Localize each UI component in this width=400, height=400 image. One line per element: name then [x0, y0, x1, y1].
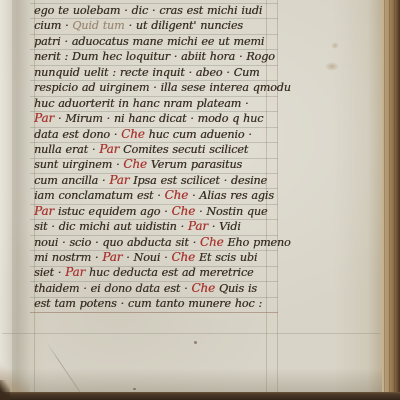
manuscript-line: est tam potens · cum tanto munere hoc :	[34, 296, 276, 311]
manuscript-line: thaidem · ei dono data est · Che Quis is	[34, 281, 276, 296]
manuscript-line: mi nostrm · Par · Noui · Che Et scis ubi	[34, 250, 276, 265]
guide-line	[30, 312, 278, 313]
text-segment: Quid tum	[72, 19, 124, 32]
speaker-rubric: Par	[99, 142, 119, 156]
speaker-rubric: Che	[171, 204, 195, 218]
text-segment: · Noui ·	[122, 251, 171, 264]
manuscript-line: huc aduorterit in hanc nram plateam ·	[34, 96, 276, 111]
manuscript-line: cium · Quid tum · ut diligent' nuncies	[34, 18, 276, 33]
text-segment: · Mirum · ni hanc dicat · modo q huc	[54, 112, 263, 125]
text-segment: Comites secuti scilicet	[119, 143, 248, 156]
manuscript-line: noui · scio · quo abducta sit · Che Eho …	[34, 235, 276, 250]
text-segment: respicio ad uirginem · illa sese interea…	[34, 81, 291, 94]
manuscript-line: Par istuc equidem ago · Che · Nostin que	[34, 204, 276, 219]
text-segment: huc cum aduenio ·	[145, 128, 252, 141]
text-block: ego te uolebam · dic · cras est michi iu…	[34, 3, 276, 312]
stain	[331, 42, 339, 49]
stain	[325, 62, 339, 71]
manuscript-line: respicio ad uirginem · illa sese interea…	[34, 80, 276, 95]
text-segment: Ipsa est scilicet · desine	[129, 174, 267, 187]
speaker-rubric: Che	[191, 281, 215, 295]
manuscript-line: iam conclamatum est · Che · Alias res ag…	[34, 188, 276, 203]
text-segment: · Alias res agis	[188, 189, 274, 202]
speaker-rubric: Che	[200, 235, 224, 249]
text-segment: noui · scio · quo abducta sit ·	[34, 236, 200, 249]
text-segment: · ut diligent' nuncies	[125, 19, 243, 32]
ink-speck	[133, 388, 136, 390]
text-segment: · Nostin que	[195, 205, 267, 218]
speaker-rubric: Par	[109, 173, 129, 187]
manuscript-line: cum ancilla · Par Ipsa est scilicet · de…	[34, 173, 276, 188]
text-segment: Et scis ubi	[195, 251, 257, 264]
text-segment: patri · aduocatus mane michi ee ut memi	[34, 35, 264, 48]
margin-rule	[277, 0, 278, 392]
text-segment: est tam potens · cum tanto munere hoc :	[34, 297, 262, 310]
manuscript-line: sit · dic michi aut uidistin · Par · Vid…	[34, 219, 276, 234]
guide-line	[2, 333, 380, 334]
ink-speck	[194, 341, 197, 344]
speaker-rubric: Che	[121, 127, 145, 141]
speaker-rubric: Che	[165, 188, 189, 202]
speaker-rubric: Par	[188, 219, 208, 233]
manuscript-photo: ego te uolebam · dic · cras est michi iu…	[0, 0, 400, 400]
manuscript-line: siet · Par huc deducta est ad meretrice	[34, 265, 276, 280]
speaker-rubric: Par	[34, 204, 54, 218]
text-segment: siet ·	[34, 266, 65, 279]
book-fore-edge	[382, 0, 400, 400]
manuscript-line: nerit : Dum hec loquitur · abiit hora · …	[34, 49, 276, 64]
text-segment: Eho pmeno	[223, 236, 290, 249]
speaker-rubric: Par	[102, 250, 122, 264]
text-segment: nulla erat ·	[34, 143, 99, 156]
binding-bottom-edge	[0, 392, 400, 400]
text-segment: · Vidi	[208, 220, 241, 233]
text-segment: sunt uirginem ·	[34, 158, 123, 171]
text-segment: nerit : Dum hec loquitur · abiit hora · …	[34, 50, 275, 63]
speaker-rubric: Par	[65, 265, 85, 279]
manuscript-line: ego te uolebam · dic · cras est michi iu…	[34, 3, 276, 18]
text-segment: iam conclamatum est ·	[34, 189, 165, 202]
manuscript-line: nunquid uelit : recte inquit · abeo · Cu…	[34, 65, 276, 80]
text-segment: cum ancilla ·	[34, 174, 109, 187]
text-segment: thaidem · ei dono data est ·	[34, 282, 191, 295]
manuscript-line: data est dono · Che huc cum aduenio ·	[34, 127, 276, 142]
text-segment: cium ·	[34, 19, 72, 32]
text-segment: huc aduorterit in hanc nram plateam ·	[34, 97, 248, 110]
speaker-rubric: Par	[34, 111, 54, 125]
text-segment: Quis is	[215, 282, 257, 295]
text-segment: data est dono ·	[34, 128, 121, 141]
text-segment: Verum parasitus	[147, 158, 242, 171]
manuscript-line: Par · Mirum · ni hanc dicat · modo q huc	[34, 111, 276, 126]
text-segment: huc deducta est ad meretrice	[85, 266, 253, 279]
manuscript-line: sunt uirginem · Che Verum parasitus	[34, 157, 276, 172]
manuscript-line: nulla erat · Par Comites secuti scilicet	[34, 142, 276, 157]
speaker-rubric: Che	[123, 157, 147, 171]
text-segment: nunquid uelit : recte inquit · abeo · Cu…	[34, 66, 260, 79]
binding-corner	[0, 380, 10, 400]
text-segment: istuc equidem ago ·	[54, 205, 172, 218]
speaker-rubric: Che	[171, 250, 195, 264]
gutter-fold-shadow	[12, 0, 30, 394]
text-segment: sit · dic michi aut uidistin ·	[34, 220, 188, 233]
text-segment: ego te uolebam · dic · cras est michi iu…	[34, 4, 262, 17]
text-segment: mi nostrm ·	[34, 251, 102, 264]
manuscript-line: patri · aduocatus mane michi ee ut memi	[34, 34, 276, 49]
page-bottom-shadow	[0, 368, 387, 394]
